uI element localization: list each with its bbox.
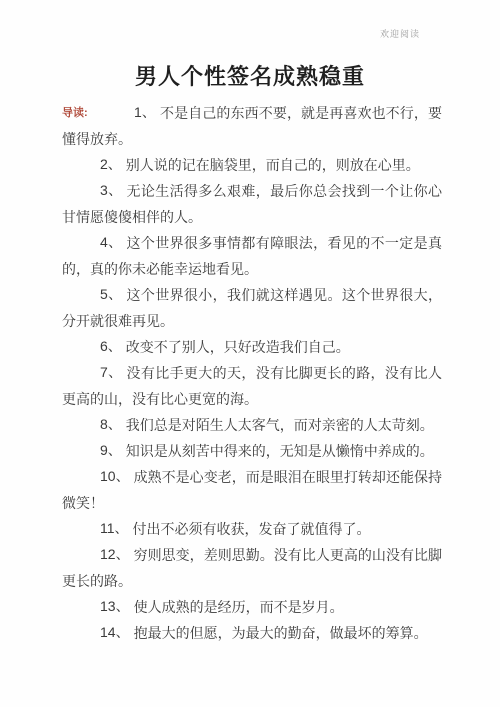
- page-title: 男人个性签名成熟稳重: [0, 62, 500, 92]
- item-number: 3、: [100, 182, 123, 198]
- item-number: 10、: [100, 468, 130, 484]
- list-item: 9、知识是从刻苦中得来的，无知是从懒惰中养成的。: [62, 438, 442, 464]
- list-item: 10、成熟不是心变老，而是眼泪在眼里打转却还能保持微笑！: [62, 464, 442, 516]
- item-number: 8、: [100, 416, 122, 432]
- item-number: 14、: [100, 624, 130, 640]
- item-number: 7、: [100, 364, 123, 380]
- list-item: 11、付出不必须有收获，发奋了就值得了。: [62, 516, 442, 542]
- item-text: 我们总是对陌生人太客气，而对亲密的人太苛刻。: [126, 417, 434, 433]
- list-item: 8、我们总是对陌生人太客气，而对亲密的人太苛刻。: [62, 412, 442, 438]
- item-number: 6、: [100, 338, 122, 354]
- item-text: 知识是从刻苦中得来的，无知是从懒惰中养成的。: [126, 443, 434, 459]
- item-number: 4、: [100, 234, 123, 250]
- item-number: 9、: [100, 442, 122, 458]
- item-text: 抱最大的但愿，为最大的勤奋，做最坏的筹算。: [134, 625, 428, 641]
- item-number: 5、: [100, 286, 123, 302]
- quote-list: 导读: 1、不是自己的东西不要，就是再喜欢也不行，要懂得放弃。 2、别人说的记在…: [62, 100, 442, 646]
- list-item: 14、抱最大的但愿，为最大的勤奋，做最坏的筹算。: [62, 620, 442, 646]
- lead-label: 导读:: [62, 100, 88, 126]
- item-number: 13、: [100, 598, 130, 614]
- list-item: 4、这个世界很多事情都有障眼法，看见的不一定是真的，真的你未必能幸运地看见。: [62, 230, 442, 282]
- item-text: 不是自己的东西不要，就是再喜欢也不行，要懂得放弃。: [62, 105, 442, 147]
- list-item: 1、不是自己的东西不要，就是再喜欢也不行，要懂得放弃。: [62, 100, 442, 152]
- item-number: 1、: [134, 104, 156, 120]
- list-item: 7、没有比手更大的天，没有比脚更长的路，没有比人更高的山，没有比心更宽的海。: [62, 360, 442, 412]
- list-item: 6、改变不了别人，只好改造我们自己。: [62, 334, 442, 360]
- list-item: 13、使人成熟的是经历，而不是岁月。: [62, 594, 442, 620]
- list-item: 2、别人说的记在脑袋里，而自己的，则放在心里。: [62, 152, 442, 178]
- item-text: 改变不了别人，只好改造我们自己。: [126, 339, 350, 355]
- item-text: 别人说的记在脑袋里，而自己的，则放在心里。: [126, 157, 420, 173]
- list-item: 5、这个世界很小，我们就这样遇见。这个世界很大，分开就很难再见。: [62, 282, 442, 334]
- item-text: 付出不必须有收获，发奋了就值得了。: [133, 521, 371, 537]
- item-number: 11、: [100, 520, 129, 536]
- item-number: 12、: [100, 546, 130, 562]
- list-item: 3、无论生活得多么艰难，最后你总会找到一个让你心甘情愿傻傻相伴的人。: [62, 178, 442, 230]
- document-page: 欢迎阅读 男人个性签名成熟稳重 导读: 1、不是自己的东西不要，就是再喜欢也不行…: [0, 0, 500, 707]
- list-item: 12、穷则思变，差则思勤。没有比人更高的山没有比脚更长的路。: [62, 542, 442, 594]
- watermark-text: 欢迎阅读: [380, 27, 420, 40]
- item-number: 2、: [100, 156, 122, 172]
- item-text: 使人成熟的是经历，而不是岁月。: [134, 599, 344, 615]
